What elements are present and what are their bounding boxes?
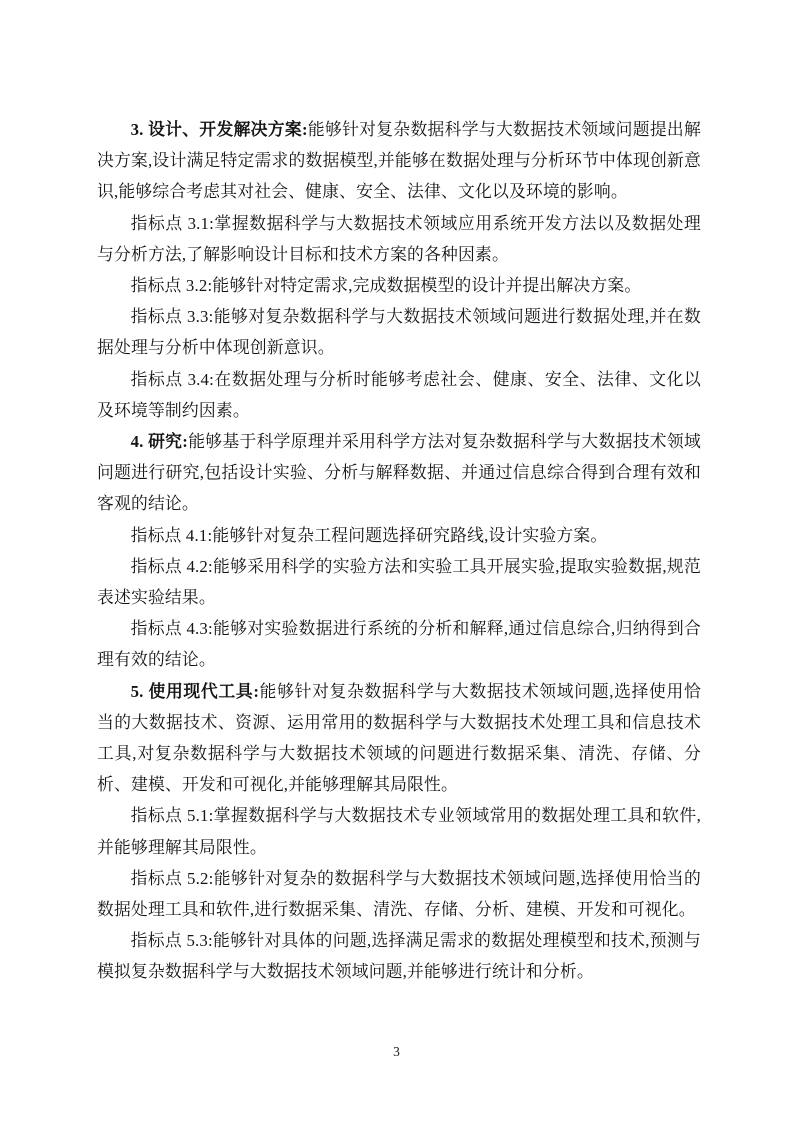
indicator-paragraph-3-2: 指标点 3.2:能够针对特定需求,完成数据模型的设计并提出解决方案。 — [97, 270, 701, 301]
paragraph-text: 指标点 3.3:能够对复杂数据科学与大数据技术领域问题进行数据处理,并在数据处理… — [97, 307, 701, 357]
paragraph-text: 能够基于科学原理并采用科学方法对复杂数据科学与大数据技术领域问题进行研究,包括设… — [97, 432, 701, 513]
indicator-paragraph-4-2: 指标点 4.2:能够采用科学的实验方法和实验工具开展实验,提取实验数据,规范表述… — [97, 551, 701, 613]
page-number: 3 — [0, 1042, 793, 1062]
paragraph-text: 指标点 3.2:能够针对特定需求,完成数据模型的设计并提出解决方案。 — [131, 276, 642, 295]
paragraph-text: 指标点 3.1:掌握数据科学与大数据技术领域应用系统开发方法以及数据处理与分析方… — [97, 214, 701, 264]
indicator-paragraph-3-4: 指标点 3.4:在数据处理与分析时能够考虑社会、健康、安全、法律、文化以及环境等… — [97, 364, 701, 426]
indicator-paragraph-4-1: 指标点 4.1:能够针对复杂工程问题选择研究路线,设计实验方案。 — [97, 520, 701, 551]
paragraph-text: 指标点 4.2:能够采用科学的实验方法和实验工具开展实验,提取实验数据,规范表述… — [97, 557, 701, 607]
paragraph-text: 指标点 5.1:掌握数据科学与大数据技术专业领域常用的数据处理工具和软件,并能够… — [97, 806, 701, 856]
document-body: 3. 设计、开发解决方案:能够针对复杂数据科学与大数据技术领域问题提出解决方案,… — [97, 114, 701, 988]
section-paragraph-5: 5. 使用现代工具:能够针对复杂数据科学与大数据技术领域问题,选择使用恰当的大数… — [97, 676, 701, 801]
indicator-paragraph-5-1: 指标点 5.1:掌握数据科学与大数据技术专业领域常用的数据处理工具和软件,并能够… — [97, 800, 701, 862]
document-page: 3. 设计、开发解决方案:能够针对复杂数据科学与大数据技术领域问题提出解决方案,… — [0, 0, 793, 1122]
section-heading-4: 4. 研究: — [131, 432, 188, 451]
paragraph-text: 指标点 3.4:在数据处理与分析时能够考虑社会、健康、安全、法律、文化以及环境等… — [97, 370, 701, 420]
paragraph-text: 指标点 5.2:能够针对复杂的数据科学与大数据技术领域问题,选择使用恰当的数据处… — [97, 869, 701, 919]
indicator-paragraph-4-3: 指标点 4.3:能够对实验数据进行系统的分析和解释,通过信息综合,归纳得到合理有… — [97, 613, 701, 675]
section-heading-5: 5. 使用现代工具: — [131, 682, 260, 701]
paragraph-text: 指标点 4.3:能够对实验数据进行系统的分析和解释,通过信息综合,归纳得到合理有… — [97, 619, 701, 669]
section-paragraph-3: 3. 设计、开发解决方案:能够针对复杂数据科学与大数据技术领域问题提出解决方案,… — [97, 114, 701, 208]
section-heading-3: 3. 设计、开发解决方案: — [131, 120, 308, 139]
section-paragraph-4: 4. 研究:能够基于科学原理并采用科学方法对复杂数据科学与大数据技术领域问题进行… — [97, 426, 701, 520]
paragraph-text: 指标点 5.3:能够针对具体的问题,选择满足需求的数据处理模型和技术,预测与模拟… — [97, 931, 701, 981]
paragraph-text: 指标点 4.1:能够针对复杂工程问题选择研究路线,设计实验方案。 — [131, 526, 608, 545]
indicator-paragraph-3-1: 指标点 3.1:掌握数据科学与大数据技术领域应用系统开发方法以及数据处理与分析方… — [97, 208, 701, 270]
indicator-paragraph-5-3: 指标点 5.3:能够针对具体的问题,选择满足需求的数据处理模型和技术,预测与模拟… — [97, 925, 701, 987]
indicator-paragraph-3-3: 指标点 3.3:能够对复杂数据科学与大数据技术领域问题进行数据处理,并在数据处理… — [97, 301, 701, 363]
indicator-paragraph-5-2: 指标点 5.2:能够针对复杂的数据科学与大数据技术领域问题,选择使用恰当的数据处… — [97, 863, 701, 925]
